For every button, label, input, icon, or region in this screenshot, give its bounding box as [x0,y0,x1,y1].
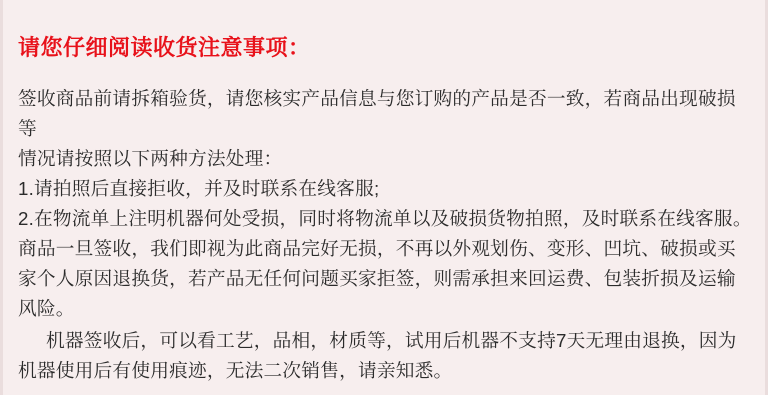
notice-paragraph-inspect-before-signing: 签收商品前请拆箱验货，请您核实产品信息与您订购的产品是否一致，若商品出现破损等 … [18,84,752,174]
notice-paragraph-method-1: 1.请拍照后直接拒收，并及时联系在线客服; [18,174,752,204]
notice-paragraph-no-7-day-return: 机器签收后，可以看工艺，品相，材质等，试用后机器不支持7天无理由退换，因为 机器… [18,326,752,386]
notice-image: { "page": { "background_color": "#f7eeee… [0,0,768,395]
notice-paragraph-method-2: 2.在物流单上注明机器何处受损，同时将物流单以及破损货物拍照，及时联系在线客服。 [18,204,752,234]
notice-paragraph-after-signing-terms: 商品一旦签收，我们即视为此商品完好无损，不再以外观划伤、变形、凹坑、破损或买 家… [18,234,752,324]
delivery-notice-page: 请您仔细阅读收货注意事项： 签收商品前请拆箱验货，请您核实产品信息与您订购的产品… [0,0,768,395]
notice-heading: 请您仔细阅读收货注意事项： [18,34,752,62]
